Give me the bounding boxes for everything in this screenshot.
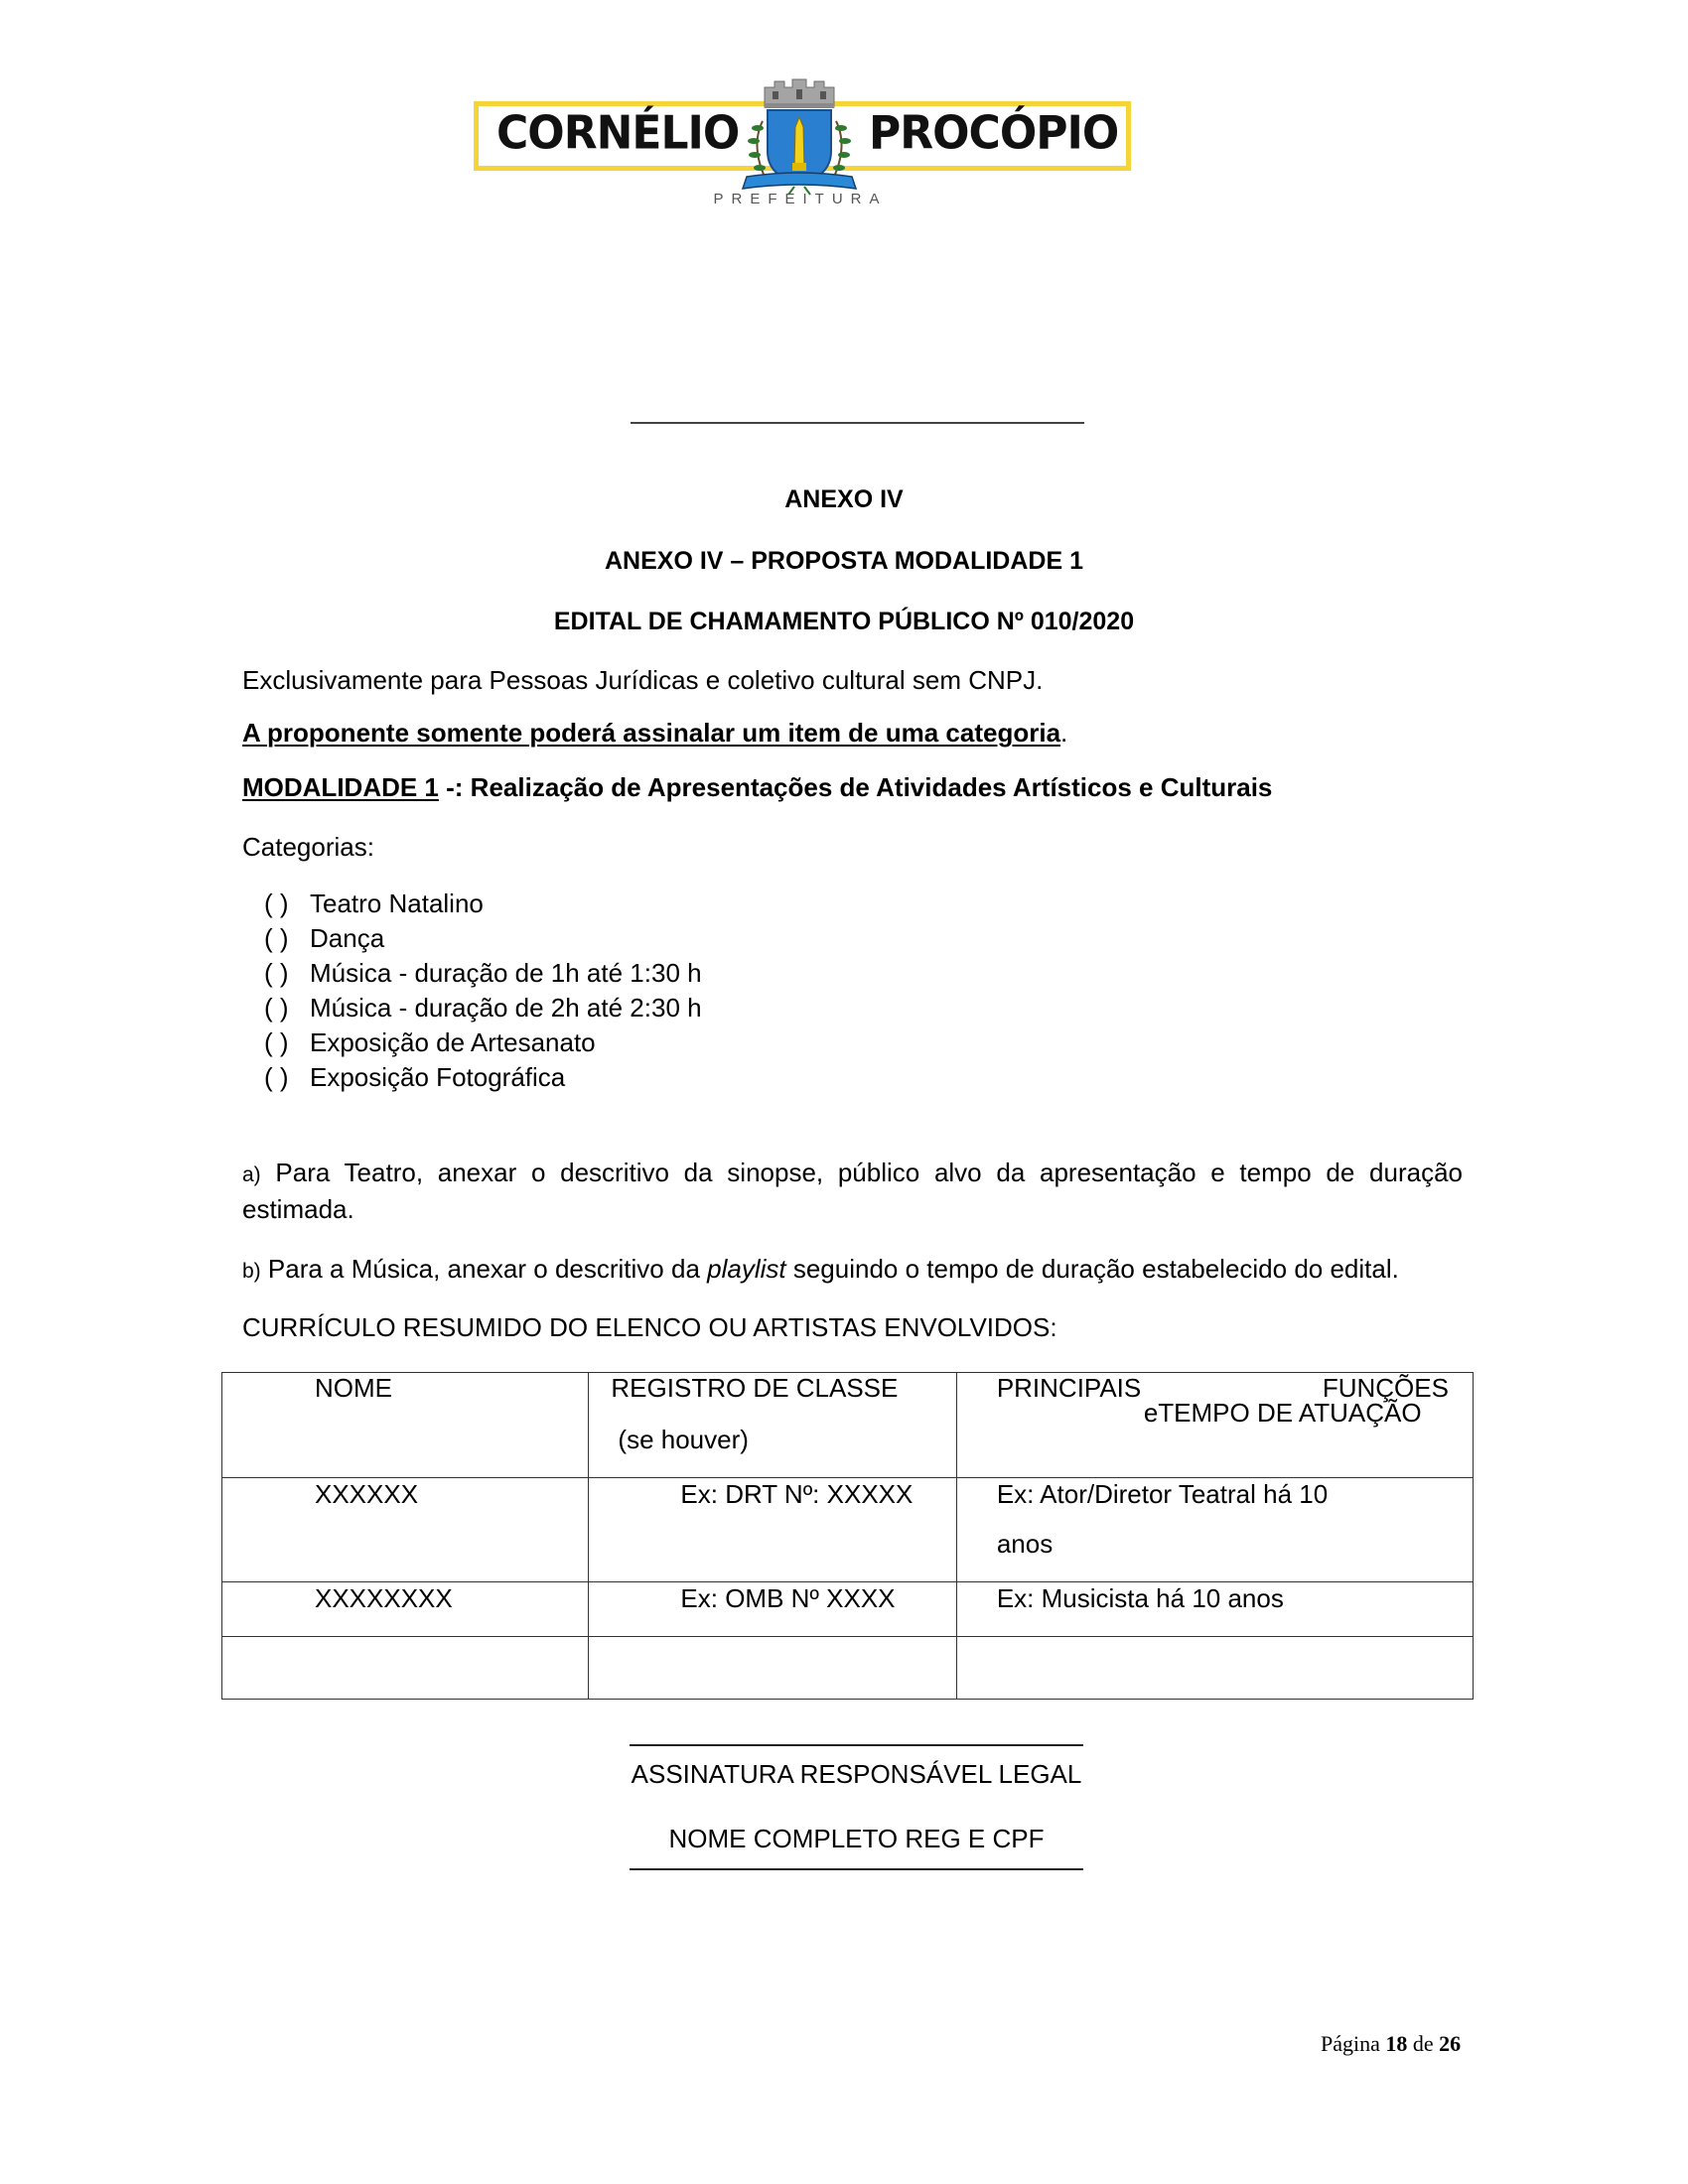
notice-period: .	[1060, 718, 1067, 748]
category-option[interactable]: ( )Exposição Fotográfica	[264, 1062, 565, 1092]
curriculum-title: CURRÍCULO RESUMIDO DO ELENCO OU ARTISTAS…	[242, 1312, 1057, 1342]
note-a: a) Para Teatro, anexar o descritivo da s…	[242, 1156, 1463, 1226]
page-total: 26	[1439, 2031, 1461, 2056]
note-b-italic: playlist	[707, 1254, 785, 1284]
signature-line-bottom	[630, 1868, 1083, 1870]
cell-nome-empty[interactable]	[222, 1637, 589, 1700]
category-label: Dança	[310, 923, 384, 953]
signature-name-label: NOME COMPLETO REG E CPF	[630, 1824, 1083, 1854]
cell-registro[interactable]: Ex: OMB Nº XXXX	[589, 1582, 956, 1637]
modalidade-description: -: Realização de Apresentações de Ativid…	[439, 772, 1273, 802]
row-registro: Ex: OMB Nº XXXX	[680, 1583, 895, 1613]
edital-title: EDITAL DE CHAMAMENTO PÚBLICO Nº 010/2020	[0, 608, 1688, 636]
notice-emphasis: A proponente somente poderá assinalar um…	[242, 718, 1060, 748]
category-option[interactable]: ( )Música - duração de 2h até 2:30 h	[264, 993, 702, 1023]
checkbox-blank[interactable]: ( )	[264, 993, 310, 1023]
cell-funcoes[interactable]: Ex: Musicista há 10 anos	[956, 1582, 1473, 1637]
intro-text: Exclusivamente para Pessoas Jurídicas e …	[242, 665, 1043, 695]
category-label: Exposição Fotográfica	[310, 1062, 565, 1092]
category-option[interactable]: ( )Dança	[264, 923, 384, 953]
note-b-pre: Para a Música, anexar o descritivo da	[261, 1254, 707, 1284]
header-nome: NOME	[315, 1373, 392, 1403]
header-cell-registro: REGISTRO DE CLASSE (se houver)	[589, 1373, 956, 1478]
page-number: Página 18 de 26	[1321, 2031, 1461, 2057]
note-b-post: seguindo o tempo de duração estabelecido…	[786, 1254, 1399, 1284]
signature-label: ASSINATURA RESPONSÁVEL LEGAL	[630, 1759, 1083, 1790]
municipal-coat-of-arms-icon	[725, 73, 874, 198]
header-funcoes-line2: eTEMPO DE ATUAÇÃO	[1144, 1398, 1422, 1428]
category-label: Exposição de Artesanato	[310, 1027, 596, 1057]
category-label: Música - duração de 2h até 2:30 h	[310, 993, 702, 1023]
note-b: b) Para a Música, anexar o descritivo da…	[242, 1252, 1463, 1289]
note-a-text: Para Teatro, anexar o descritivo da sino…	[242, 1158, 1463, 1224]
cast-table: NOME REGISTRO DE CLASSE (se houver) PRIN…	[221, 1372, 1474, 1700]
checkbox-blank[interactable]: ( )	[264, 1027, 310, 1057]
checkbox-blank[interactable]: ( )	[264, 1062, 310, 1092]
cell-registro[interactable]: Ex: DRT Nº: XXXXX	[589, 1478, 956, 1582]
annex-subtitle: ANEXO IV – PROPOSTA MODALIDADE 1	[0, 547, 1688, 576]
header-funcoes-a: PRINCIPAIS	[997, 1373, 1141, 1403]
modalidade-label: MODALIDADE 1	[242, 772, 439, 802]
cell-funcoes[interactable]: Ex: Ator/Diretor Teatral há 10 anos	[956, 1478, 1473, 1582]
row-nome: XXXXXXXX	[315, 1583, 453, 1613]
category-label: Teatro Natalino	[310, 888, 484, 918]
cell-nome[interactable]: XXXXXX	[222, 1478, 589, 1582]
header-registro: REGISTRO DE CLASSE	[611, 1373, 898, 1403]
checkbox-blank[interactable]: ( )	[264, 888, 310, 918]
category-option[interactable]: ( )Música - duração de 1h até 1:30 h	[264, 958, 702, 988]
header-cell-funcoes: PRINCIPAIS FUNÇÕES eTEMPO DE ATUAÇÃO	[956, 1373, 1473, 1478]
checkbox-blank[interactable]: ( )	[264, 958, 310, 988]
category-option[interactable]: ( )Exposição de Artesanato	[264, 1027, 596, 1057]
modalidade-line: MODALIDADE 1 -: Realização de Apresentaç…	[242, 772, 1272, 802]
logo-word-left: CORNÉLIO	[496, 111, 739, 157]
header-cell-nome: NOME	[222, 1373, 589, 1478]
row-funcoes-line2: anos	[997, 1529, 1053, 1559]
table-row: XXXXXXXX Ex: OMB Nº XXXX Ex: Musicista h…	[222, 1582, 1474, 1637]
header-registro-note: (se houver)	[618, 1425, 749, 1454]
row-funcoes-line1: Ex: Musicista há 10 anos	[997, 1583, 1284, 1613]
table-row	[222, 1637, 1474, 1700]
table-header-row: NOME REGISTRO DE CLASSE (se houver) PRIN…	[222, 1373, 1474, 1478]
note-a-label: a)	[242, 1163, 261, 1186]
row-funcoes-line1: Ex: Ator/Diretor Teatral há 10	[997, 1479, 1328, 1509]
prefeitura-logo: CORNÉLIO PROCÓPIO PREFEITURA	[467, 73, 1134, 212]
cell-funcoes-empty[interactable]	[956, 1637, 1473, 1700]
cell-registro-empty[interactable]	[589, 1637, 956, 1700]
category-option[interactable]: ( )Teatro Natalino	[264, 888, 484, 918]
row-nome: XXXXXX	[315, 1479, 418, 1509]
note-b-label: b)	[242, 1260, 261, 1283]
checkbox-blank[interactable]: ( )	[264, 923, 310, 953]
table-row: XXXXXX Ex: DRT Nº: XXXXX Ex: Ator/Direto…	[222, 1478, 1474, 1582]
notice-text: A proponente somente poderá assinalar um…	[242, 718, 1067, 748]
logo-word-right: PROCÓPIO	[869, 111, 1118, 157]
category-label: Música - duração de 1h até 1:30 h	[310, 958, 702, 988]
signature-line-top	[630, 1744, 1083, 1746]
logo-subtitle: PREFEITURA	[467, 191, 1134, 207]
categories-label: Categorias:	[242, 832, 374, 862]
page-current: 18	[1385, 2031, 1407, 2056]
row-registro: Ex: DRT Nº: XXXXX	[680, 1479, 913, 1509]
of-word: de	[1413, 2031, 1434, 2056]
annex-title: ANEXO IV	[0, 485, 1688, 514]
cell-nome[interactable]: XXXXXXXX	[222, 1582, 589, 1637]
page-word: Página	[1321, 2031, 1380, 2056]
top-divider	[631, 422, 1084, 424]
